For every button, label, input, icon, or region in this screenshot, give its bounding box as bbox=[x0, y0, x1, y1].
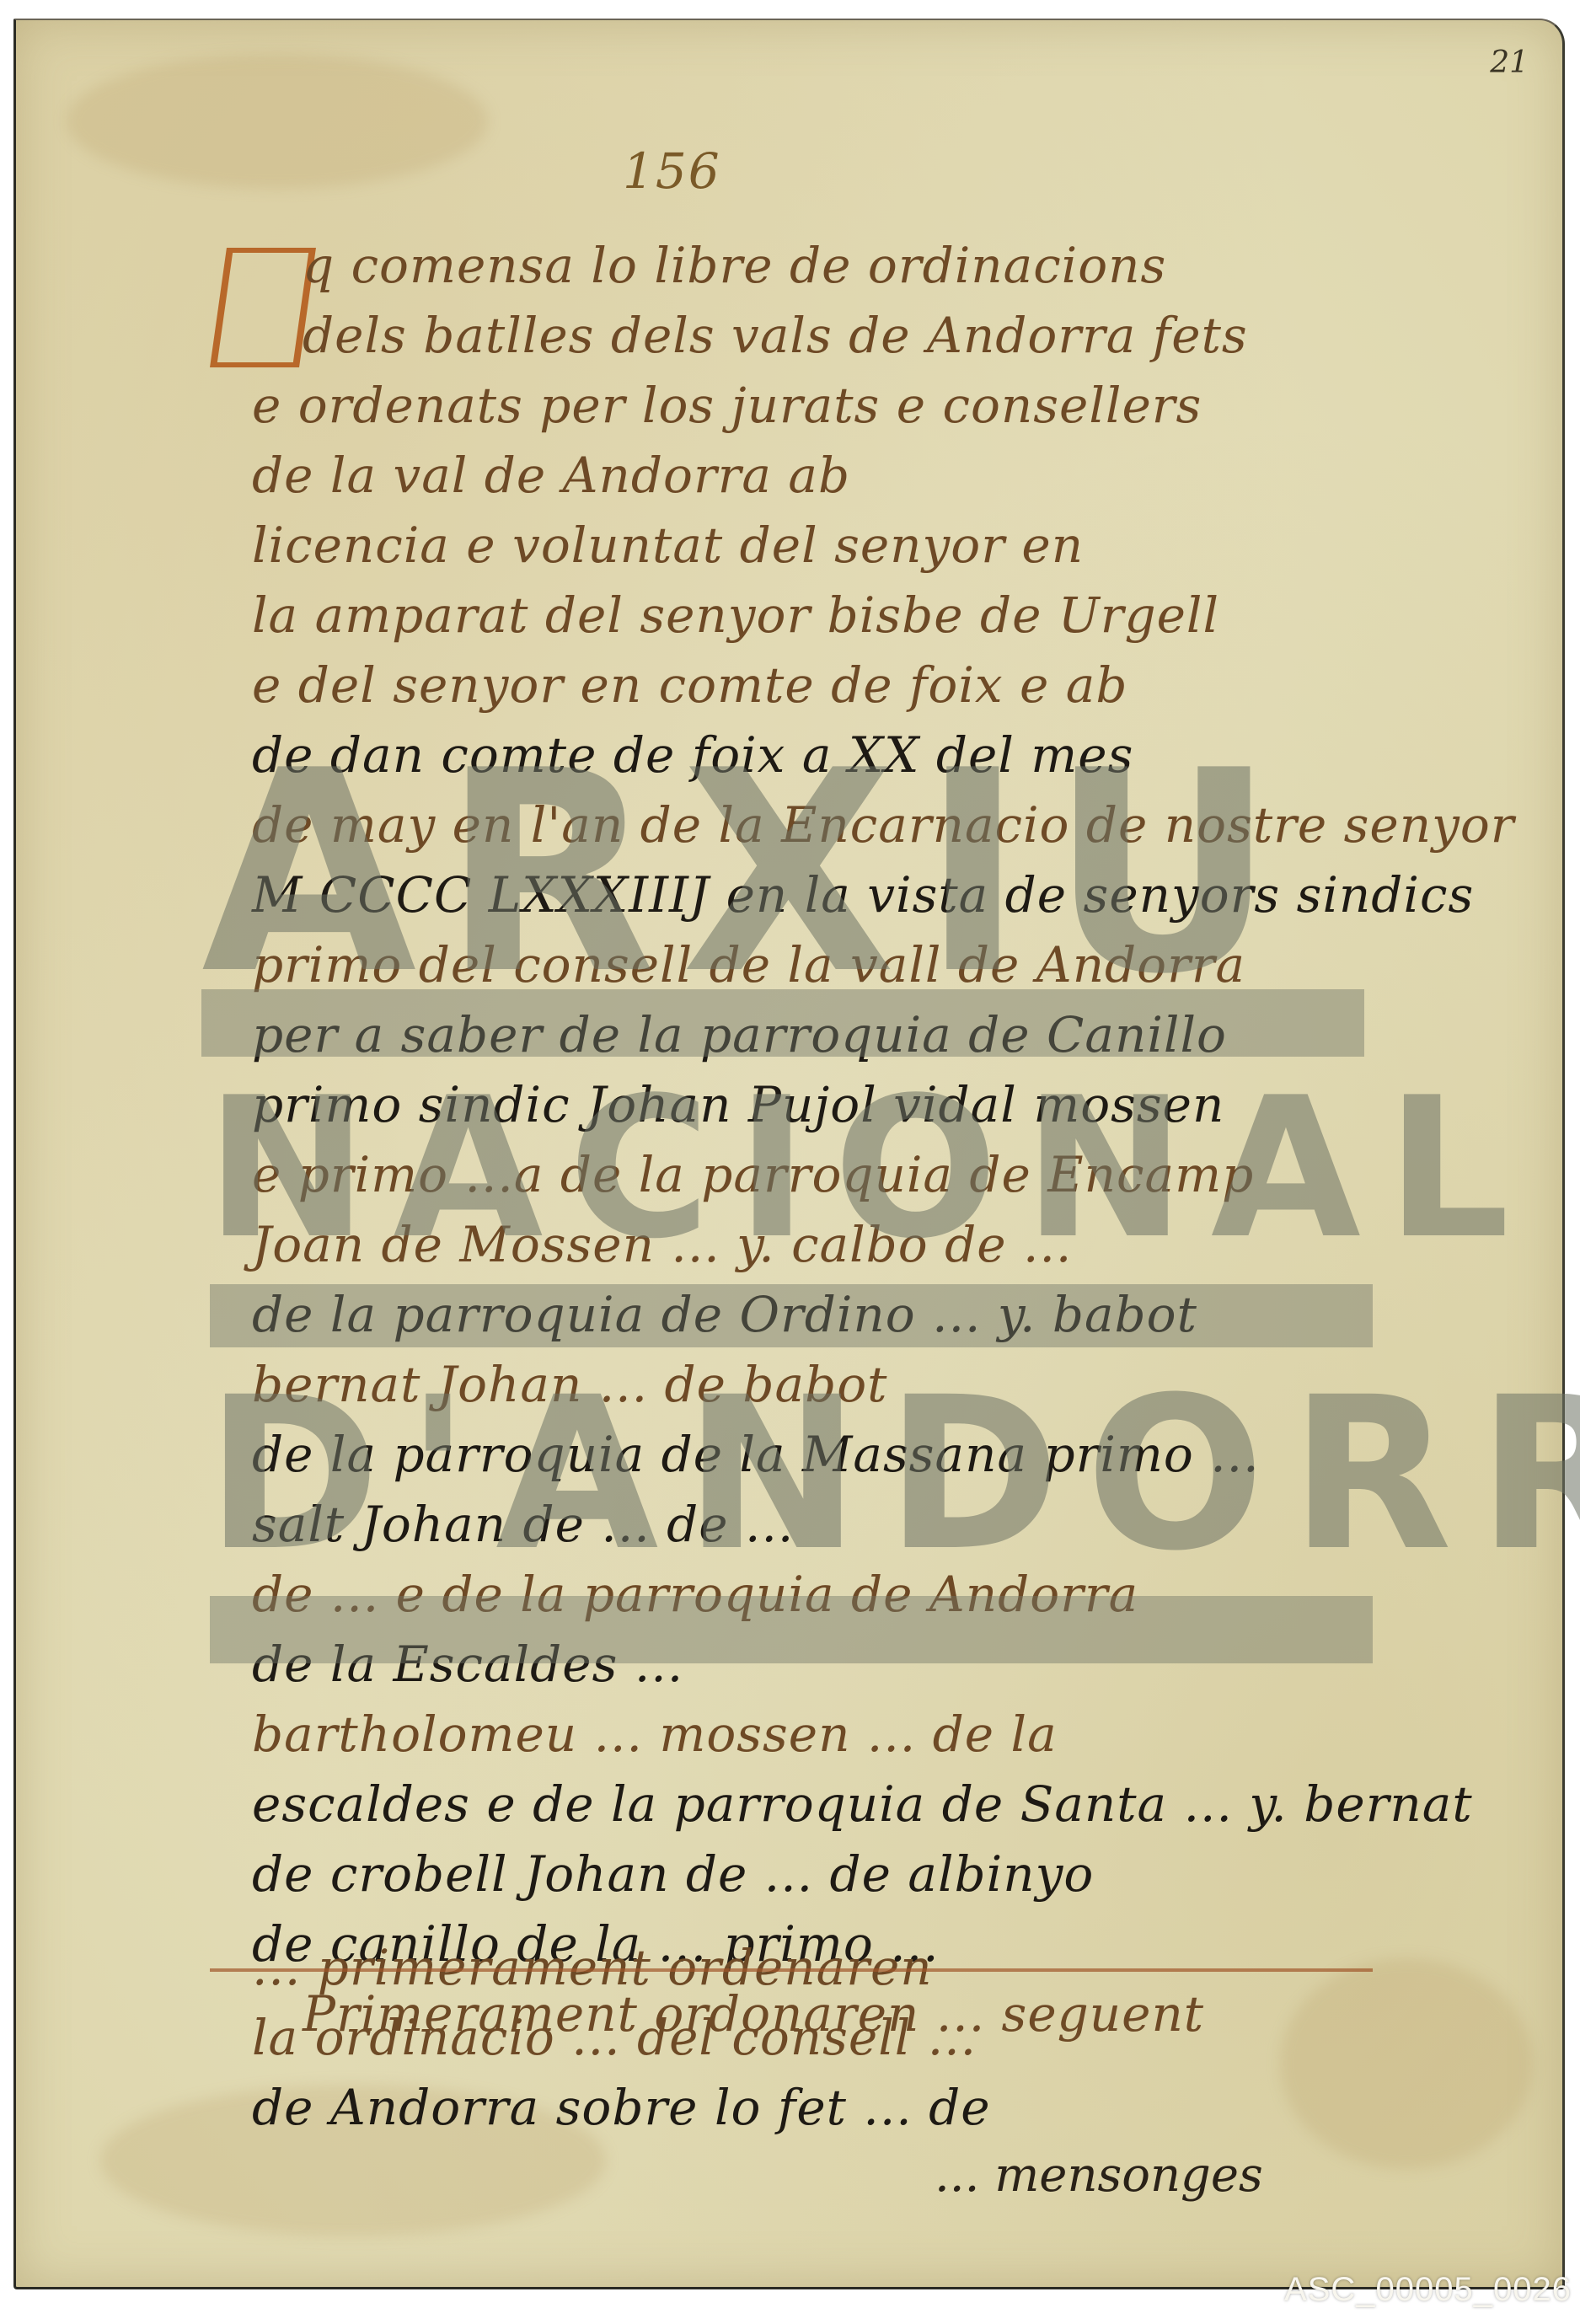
corner-page-number: 21 bbox=[1490, 46, 1529, 80]
watermark-line-3: D'ANDORRA bbox=[206, 1352, 1580, 1597]
text-line: la ordinacio ... del consell ... bbox=[210, 2003, 1373, 2073]
text-line: e del senyor en comte de foix e ab bbox=[210, 651, 1373, 720]
archive-reference-label: ASC_00005_0026 bbox=[1284, 2271, 1572, 2309]
struck-text-line: ... primerament ordenaren bbox=[210, 1933, 1373, 2003]
text-line: escaldes e de la parroquia de Santa ... … bbox=[210, 1770, 1373, 1839]
manuscript-page: 21 156 A q comensa lo libre de ordinacio… bbox=[13, 19, 1565, 2289]
text-line: licencia e voluntat del senyor en bbox=[210, 511, 1373, 581]
text-line: dels batlles dels vals de Andorra fets bbox=[210, 301, 1373, 371]
text-line: q comensa lo libre de ordinacions bbox=[210, 231, 1373, 301]
folio-heading: 156 bbox=[623, 142, 721, 200]
watermark-bar bbox=[210, 1284, 1373, 1347]
text-line: de Andorra sobre lo fet ... de bbox=[210, 2073, 1373, 2143]
stain bbox=[67, 54, 488, 189]
watermark-bar bbox=[210, 1596, 1373, 1663]
manuscript-lower-text: ... primerament ordenaren la ordinacio .… bbox=[210, 1933, 1373, 2143]
text-line: bartholomeu ... mossen ... de la bbox=[210, 1700, 1373, 1770]
watermark-line-1: ARXIU bbox=[201, 711, 1301, 1035]
text-line: de crobell Johan de ... de albinyo bbox=[210, 1839, 1373, 1909]
watermark-line-2: NACIONAL bbox=[206, 1057, 1534, 1282]
signoff-text: ... mensonges bbox=[935, 2148, 1263, 2203]
text-line: de la val de Andorra ab bbox=[210, 441, 1373, 511]
text-line: la amparat del senyor bisbe de Urgell bbox=[210, 581, 1373, 651]
text-line: e ordenats per los jurats e consellers bbox=[210, 371, 1373, 441]
